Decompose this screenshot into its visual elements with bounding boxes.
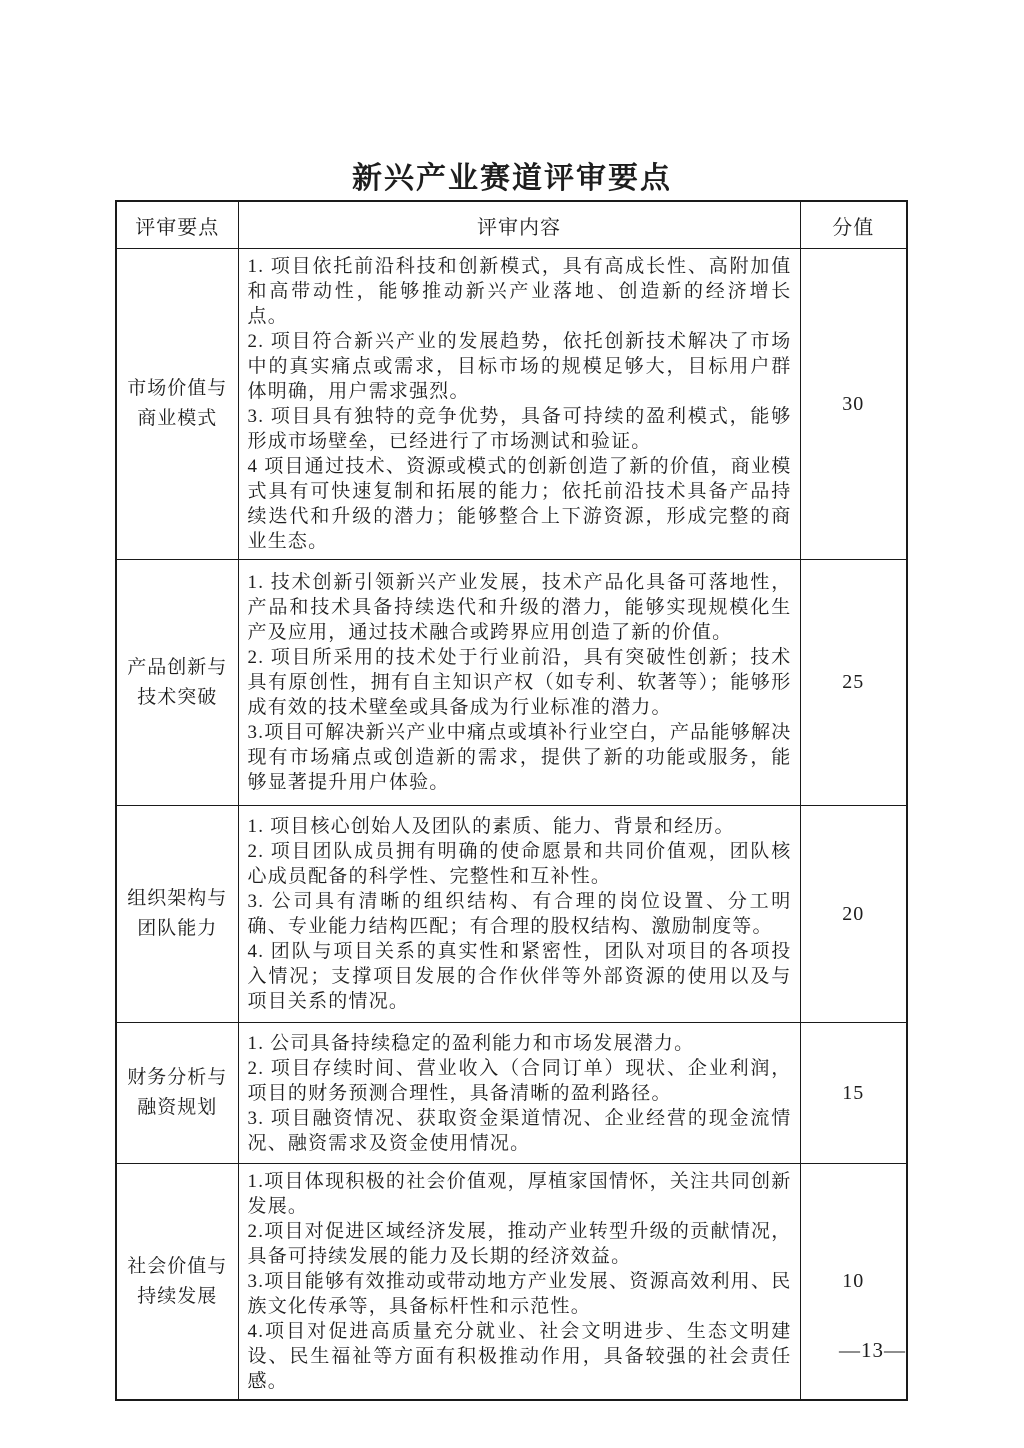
review-item: 3.项目能够有效推动或带动地方产业发展、资源高效利用、民族文化传承等，具备标杆性…	[248, 1269, 792, 1319]
review-item: 3. 项目融资情况、获取资金渠道情况、企业经营的现金流情况、融资需求及资金使用情…	[248, 1106, 792, 1156]
score-cell: 15	[800, 1023, 907, 1164]
review-item: 1.项目体现积极的社会价值观，厚植家国情怀，关注共同创新发展。	[248, 1169, 792, 1219]
score-cell: 20	[800, 806, 907, 1023]
table-row-finance: 财务分析与 融资规划 1. 公司具备持续稳定的盈利能力和市场发展潜力。 2. 项…	[116, 1023, 907, 1164]
review-item: 3. 公司具有清晰的组织结构、有合理的岗位设置、分工明确、专业能力结构匹配；有合…	[248, 889, 792, 939]
review-item: 1. 项目依托前沿科技和创新模式，具有高成长性、高附加值和高带动性，能够推动新兴…	[248, 254, 792, 329]
review-item: 3. 项目具有独特的竞争优势，具备可持续的盈利模式，能够形成市场壁垒，已经进行了…	[248, 404, 792, 454]
content-cell: 1. 项目依托前沿科技和创新模式，具有高成长性、高附加值和高带动性，能够推动新兴…	[238, 249, 800, 560]
score-cell: 10	[800, 1164, 907, 1401]
review-item: 1. 项目核心创始人及团队的素质、能力、背景和经历。	[248, 814, 792, 839]
criterion-cell: 市场价值与 商业模式	[116, 249, 238, 560]
review-item: 2. 项目团队成员拥有明确的使命愿景和共同价值观，团队核心成员配备的科学性、完整…	[248, 839, 792, 889]
table-row-product-innovation: 产品创新与 技术突破 1. 技术创新引领新兴产业发展，技术产品化具备可落地性，产…	[116, 560, 907, 806]
review-item: 2. 项目存续时间、营业收入（合同订单）现状、企业利润，项目的财务预测合理性，具…	[248, 1056, 792, 1106]
column-header-score: 分值	[800, 201, 907, 249]
score-cell: 25	[800, 560, 907, 806]
content-cell: 1. 项目核心创始人及团队的素质、能力、背景和经历。 2. 项目团队成员拥有明确…	[238, 806, 800, 1023]
page-number: —13—	[839, 1338, 906, 1363]
table-row-organization-team: 组织架构与 团队能力 1. 项目核心创始人及团队的素质、能力、背景和经历。 2.…	[116, 806, 907, 1023]
review-item: 1. 技术创新引领新兴产业发展，技术产品化具备可落地性，产品和技术具备持续迭代和…	[248, 570, 792, 645]
review-item: 2.项目对促进区域经济发展，推动产业转型升级的贡献情况，具备可持续发展的能力及长…	[248, 1219, 792, 1269]
review-item: 1. 公司具备持续稳定的盈利能力和市场发展潜力。	[248, 1031, 792, 1056]
header-row: 评审要点 评审内容 分值	[116, 201, 907, 249]
column-header-content: 评审内容	[238, 201, 800, 249]
criterion-cell: 财务分析与 融资规划	[116, 1023, 238, 1164]
content-cell: 1.项目体现积极的社会价值观，厚植家国情怀，关注共同创新发展。 2.项目对促进区…	[238, 1164, 800, 1401]
review-item: 4 项目通过技术、资源或模式的创新创造了新的价值，商业模式具有可快速复制和拓展的…	[248, 454, 792, 554]
review-table: 评审要点 评审内容 分值 市场价值与 商业模式 1. 项目依托前沿科技和创新模式…	[115, 200, 908, 1401]
criterion-cell: 社会价值与 持续发展	[116, 1164, 238, 1401]
table-row-social-value: 社会价值与 持续发展 1.项目体现积极的社会价值观，厚植家国情怀，关注共同创新发…	[116, 1164, 907, 1401]
page-title: 新兴产业赛道评审要点	[0, 153, 1024, 197]
review-item: 4. 团队与项目关系的真实性和紧密性，团队对项目的各项投入情况；支撑项目发展的合…	[248, 939, 792, 1014]
criterion-cell: 组织架构与 团队能力	[116, 806, 238, 1023]
content-cell: 1. 公司具备持续稳定的盈利能力和市场发展潜力。 2. 项目存续时间、营业收入（…	[238, 1023, 800, 1164]
review-item: 2. 项目所采用的技术处于行业前沿，具有突破性创新；技术具有原创性，拥有自主知识…	[248, 645, 792, 720]
table-row-market-value: 市场价值与 商业模式 1. 项目依托前沿科技和创新模式，具有高成长性、高附加值和…	[116, 249, 907, 560]
criterion-cell: 产品创新与 技术突破	[116, 560, 238, 806]
document-page: 新兴产业赛道评审要点 评审要点 评审内容 分值 市场价值与 商业模式 1. 项目…	[0, 0, 1024, 1448]
content-cell: 1. 技术创新引领新兴产业发展，技术产品化具备可落地性，产品和技术具备持续迭代和…	[238, 560, 800, 806]
column-header-criterion: 评审要点	[116, 201, 238, 249]
review-item: 4.项目对促进高质量充分就业、社会文明进步、生态文明建设、民生福祉等方面有积极推…	[248, 1319, 792, 1394]
score-cell: 30	[800, 249, 907, 560]
review-item: 3.项目可解决新兴产业中痛点或填补行业空白，产品能够解决现有市场痛点或创造新的需…	[248, 720, 792, 795]
review-item: 2. 项目符合新兴产业的发展趋势，依托创新技术解决了市场中的真实痛点或需求，目标…	[248, 329, 792, 404]
